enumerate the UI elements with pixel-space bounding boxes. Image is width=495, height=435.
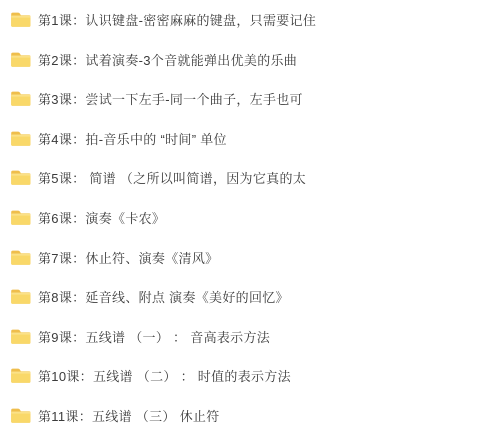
- folder-icon: [10, 288, 31, 305]
- folder-icon: [10, 169, 31, 186]
- folder-row[interactable]: 第2课：试着演奏-3个音就能弹出优美的乐曲: [0, 40, 495, 80]
- folder-label: 第7课：休止符、演奏《清风》: [38, 248, 218, 267]
- folder-icon: [10, 407, 31, 424]
- folder-icon: [10, 90, 31, 107]
- folder-icon: [10, 328, 31, 345]
- folder-label: 第6课：演奏《卡农》: [38, 208, 165, 227]
- folder-row[interactable]: 第4课：拍-音乐中的 “时间” 单位: [0, 119, 495, 159]
- folder-row[interactable]: 第3课：尝试一下左手-同一个曲子，左手也可: [0, 79, 495, 119]
- folder-row[interactable]: 第8课：延音线、附点 演奏《美好的回忆》: [0, 277, 495, 317]
- folder-label: 第8课：延音线、附点 演奏《美好的回忆》: [38, 287, 289, 306]
- folder-label: 第11课：五线谱 （三） 休止符: [38, 406, 220, 425]
- folder-list: 第1课：认识键盘-密密麻麻的键盘，只需要记住 第2课：试着演奏-3个音就能弹出优…: [0, 0, 495, 435]
- folder-label: 第2课：试着演奏-3个音就能弹出优美的乐曲: [38, 50, 297, 69]
- folder-icon: [10, 249, 31, 266]
- folder-icon: [10, 367, 31, 384]
- folder-row[interactable]: 第11课：五线谱 （三） 休止符: [0, 395, 495, 435]
- folder-row[interactable]: 第7课：休止符、演奏《清风》: [0, 237, 495, 277]
- folder-row[interactable]: 第1课：认识键盘-密密麻麻的键盘，只需要记住: [0, 0, 495, 40]
- folder-label: 第5课： 简谱 （之所以叫简谱，因为它真的太: [38, 168, 306, 187]
- folder-label: 第1课：认识键盘-密密麻麻的键盘，只需要记住: [38, 10, 316, 29]
- folder-icon: [10, 130, 31, 147]
- folder-label: 第10课：五线谱 （二） ： 时值的表示方法: [38, 366, 291, 385]
- folder-label: 第4课：拍-音乐中的 “时间” 单位: [38, 129, 227, 148]
- folder-row[interactable]: 第10课：五线谱 （二） ： 时值的表示方法: [0, 356, 495, 396]
- folder-icon: [10, 11, 31, 28]
- folder-row[interactable]: 第6课：演奏《卡农》: [0, 198, 495, 238]
- folder-icon: [10, 51, 31, 68]
- folder-icon: [10, 209, 31, 226]
- folder-row[interactable]: 第5课： 简谱 （之所以叫简谱，因为它真的太: [0, 158, 495, 198]
- folder-row[interactable]: 第9课：五线谱 （一） ： 音高表示方法: [0, 316, 495, 356]
- folder-label: 第9课：五线谱 （一） ： 音高表示方法: [38, 327, 270, 346]
- folder-label: 第3课：尝试一下左手-同一个曲子，左手也可: [38, 89, 303, 108]
